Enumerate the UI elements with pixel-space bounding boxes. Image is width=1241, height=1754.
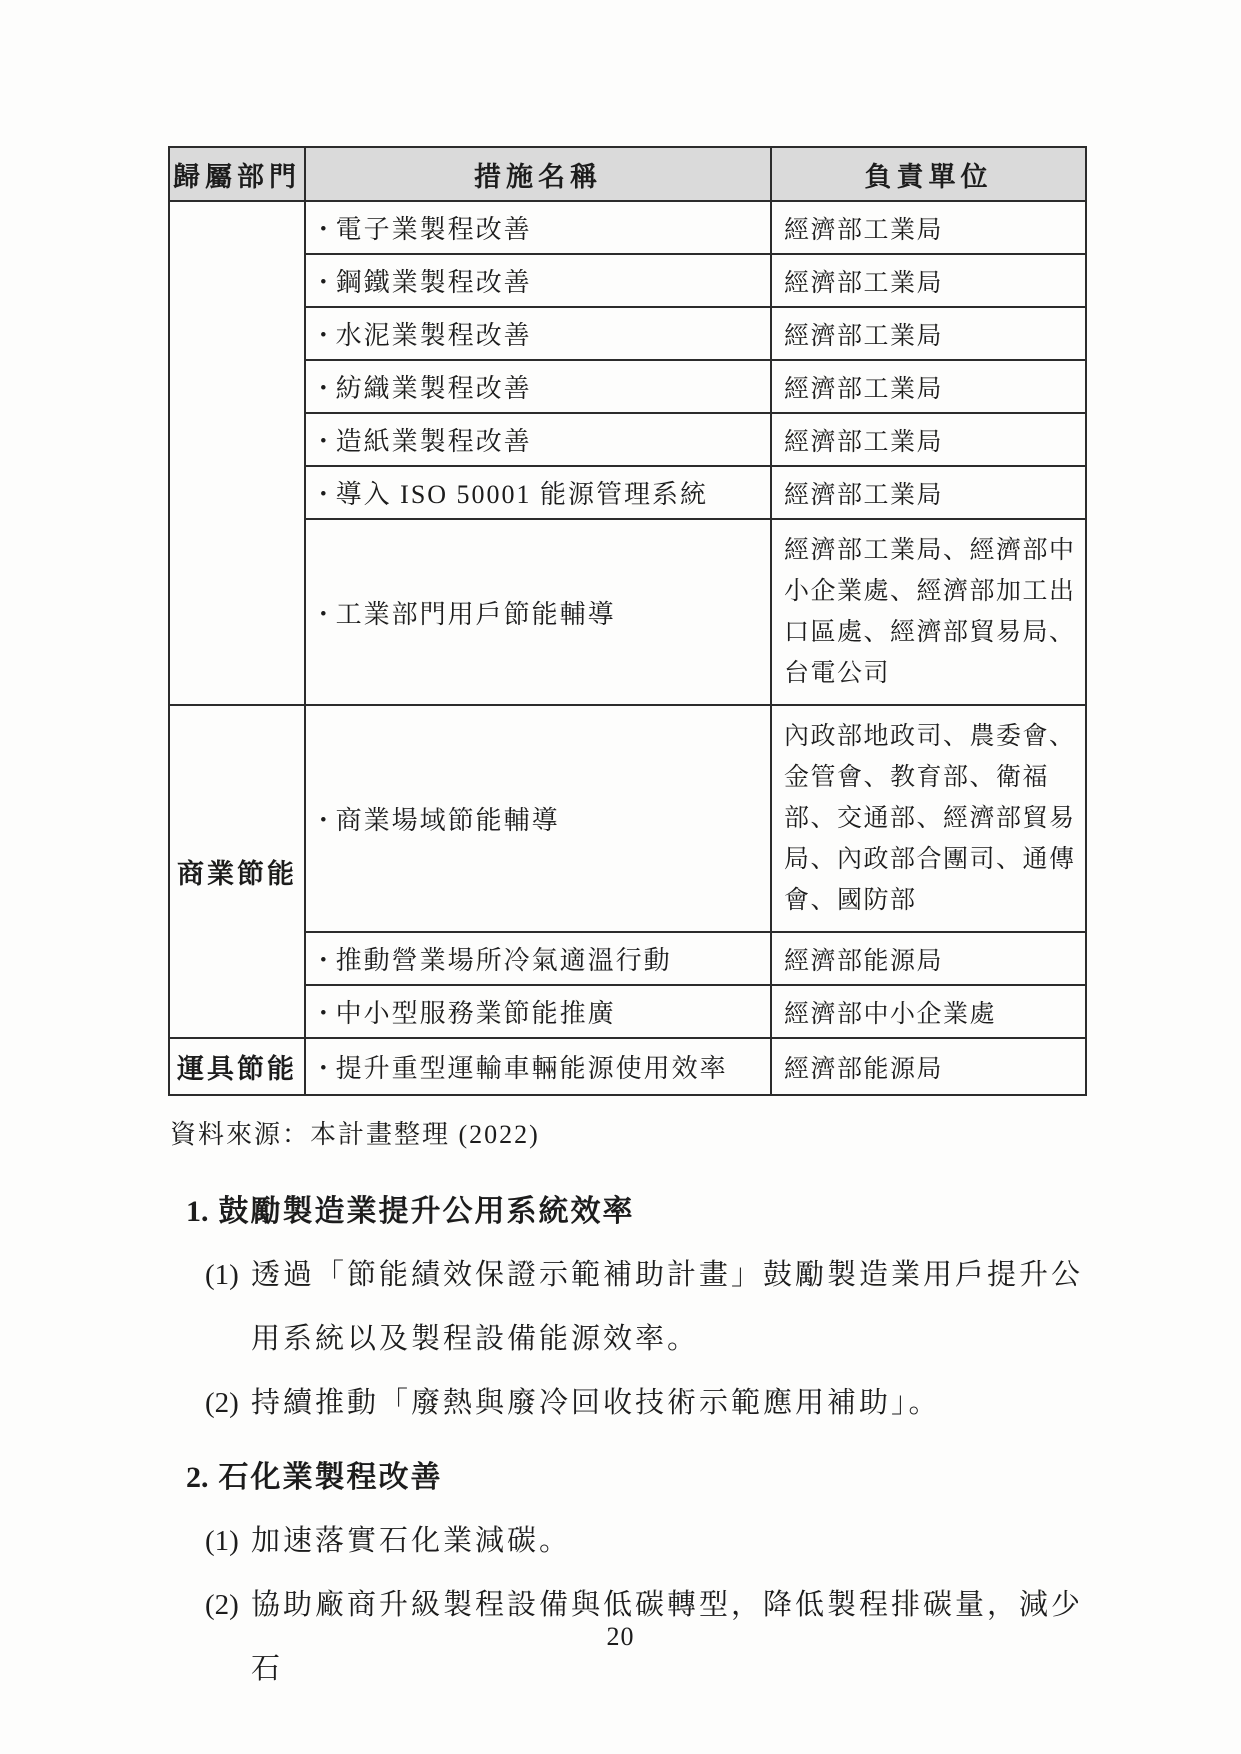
bullet-icon: • [320, 484, 329, 506]
measure-text: 工業部門用戶節能輔導 [336, 600, 616, 629]
dept-cell: 運具節能 [169, 1038, 305, 1095]
measure-cell: •工業部門用戶節能輔導 [305, 519, 771, 705]
header-measure: 措施名稱 [305, 147, 771, 201]
unit-cell: 經濟部能源局 [771, 932, 1086, 985]
table-row: 商業節能 •商業場域節能輔導 內政部地政司、農委會、金管會、教育部、衛福部、交通… [169, 705, 1086, 932]
bullet-icon: • [320, 219, 329, 241]
measure-cell: •商業場域節能輔導 [305, 705, 771, 932]
bullet-icon: • [320, 1058, 329, 1080]
table-row: •導入 ISO 50001 能源管理系統 經濟部工業局 [169, 466, 1086, 519]
measure-cell: •導入 ISO 50001 能源管理系統 [305, 466, 771, 519]
bullet-icon: • [320, 431, 329, 453]
measure-text: 水泥業製程改善 [336, 321, 532, 350]
document-page: 歸屬部門 措施名稱 負責單位 •電子業製程改善 經濟部工業局 •鋼鐵業製程改善 … [0, 0, 1241, 1754]
dept-cell [169, 201, 305, 705]
table-row: •水泥業製程改善 經濟部工業局 [169, 307, 1086, 360]
unit-cell: 經濟部工業局 [771, 201, 1086, 254]
section-number: 1. [186, 1181, 209, 1243]
bullet-icon: • [320, 325, 329, 347]
measure-cell: •紡織業製程改善 [305, 360, 771, 413]
list-item: (1) 加速落實石化業減碳。 [205, 1509, 1101, 1573]
table-row: •中小型服務業節能推廣 經濟部中小企業處 [169, 985, 1086, 1038]
measure-text: 電子業製程改善 [336, 215, 532, 244]
measure-text: 中小型服務業節能推廣 [336, 999, 616, 1028]
page-number: 20 [0, 1622, 1241, 1652]
table-row: •工業部門用戶節能輔導 經濟部工業局、經濟部中小企業處、經濟部加工出口區處、經濟… [169, 519, 1086, 705]
table-row: 運具節能 •提升重型運輸車輛能源使用效率 經濟部能源局 [169, 1038, 1086, 1095]
measure-cell: •造紙業製程改善 [305, 413, 771, 466]
table-row: •推動營業場所冷氣適溫行動 經濟部能源局 [169, 932, 1086, 985]
measure-text: 鋼鐵業製程改善 [336, 268, 532, 297]
measure-text: 紡織業製程改善 [336, 374, 532, 403]
unit-cell: 經濟部能源局 [771, 1038, 1086, 1095]
table-header-row: 歸屬部門 措施名稱 負責單位 [169, 147, 1086, 201]
table-row: •紡織業製程改善 經濟部工業局 [169, 360, 1086, 413]
measure-text: 造紙業製程改善 [336, 427, 532, 456]
source-note: 資料來源：本計畫整理 (2022) [170, 1114, 1241, 1151]
bullet-icon: • [320, 604, 329, 626]
bullet-icon: • [320, 272, 329, 294]
unit-cell: 經濟部工業局、經濟部中小企業處、經濟部加工出口區處、經濟部貿易局、台電公司 [771, 519, 1086, 705]
section-heading: 1. 鼓勵製造業提升公用系統效率 [186, 1181, 1101, 1243]
unit-cell: 經濟部工業局 [771, 413, 1086, 466]
unit-cell: 經濟部工業局 [771, 466, 1086, 519]
measure-text: 推動營業場所冷氣適溫行動 [336, 946, 672, 975]
unit-cell: 經濟部工業局 [771, 307, 1086, 360]
list-item: (1) 透過「節能績效保證示範補助計畫」鼓勵製造業用戶提升公用系統以及製程設備能… [205, 1243, 1101, 1371]
measures-table: 歸屬部門 措施名稱 負責單位 •電子業製程改善 經濟部工業局 •鋼鐵業製程改善 … [168, 146, 1087, 1096]
table-row: •鋼鐵業製程改善 經濟部工業局 [169, 254, 1086, 307]
unit-cell: 經濟部工業局 [771, 254, 1086, 307]
measure-cell: •提升重型運輸車輛能源使用效率 [305, 1038, 771, 1095]
header-unit: 負責單位 [771, 147, 1086, 201]
bullet-icon: • [320, 810, 329, 832]
section-number: 2. [186, 1447, 209, 1509]
section-heading: 2. 石化業製程改善 [186, 1447, 1101, 1509]
measure-text: 提升重型運輸車輛能源使用效率 [336, 1054, 728, 1083]
measure-text: 商業場域節能輔導 [336, 806, 560, 835]
item-text: 加速落實石化業減碳。 [251, 1509, 1097, 1573]
measure-cell: •鋼鐵業製程改善 [305, 254, 771, 307]
measure-cell: •電子業製程改善 [305, 201, 771, 254]
item-marker: (1) [205, 1509, 251, 1573]
unit-cell: 內政部地政司、農委會、金管會、教育部、衛福部、交通部、經濟部貿易局、內政部合團司… [771, 705, 1086, 932]
header-dept: 歸屬部門 [169, 147, 305, 201]
measure-text: 導入 ISO 50001 能源管理系統 [336, 480, 708, 509]
unit-cell: 經濟部中小企業處 [771, 985, 1086, 1038]
bullet-icon: • [320, 1003, 329, 1025]
item-text: 透過「節能績效保證示範補助計畫」鼓勵製造業用戶提升公用系統以及製程設備能源效率。 [251, 1243, 1097, 1371]
bullet-icon: • [320, 378, 329, 400]
measure-cell: •水泥業製程改善 [305, 307, 771, 360]
measure-cell: •中小型服務業節能推廣 [305, 985, 771, 1038]
section-title: 鼓勵製造業提升公用系統效率 [219, 1181, 635, 1243]
section-title: 石化業製程改善 [219, 1447, 443, 1509]
measure-cell: •推動營業場所冷氣適溫行動 [305, 932, 771, 985]
item-marker: (1) [205, 1243, 251, 1371]
dept-cell: 商業節能 [169, 705, 305, 1038]
unit-cell: 經濟部工業局 [771, 360, 1086, 413]
table-row: •電子業製程改善 經濟部工業局 [169, 201, 1086, 254]
item-marker: (2) [205, 1371, 251, 1435]
list-item: (2) 持續推動「廢熱與廢冷回收技術示範應用補助」。 [205, 1371, 1101, 1435]
item-text: 持續推動「廢熱與廢冷回收技術示範應用補助」。 [251, 1371, 1097, 1435]
bullet-icon: • [320, 950, 329, 972]
table-row: •造紙業製程改善 經濟部工業局 [169, 413, 1086, 466]
